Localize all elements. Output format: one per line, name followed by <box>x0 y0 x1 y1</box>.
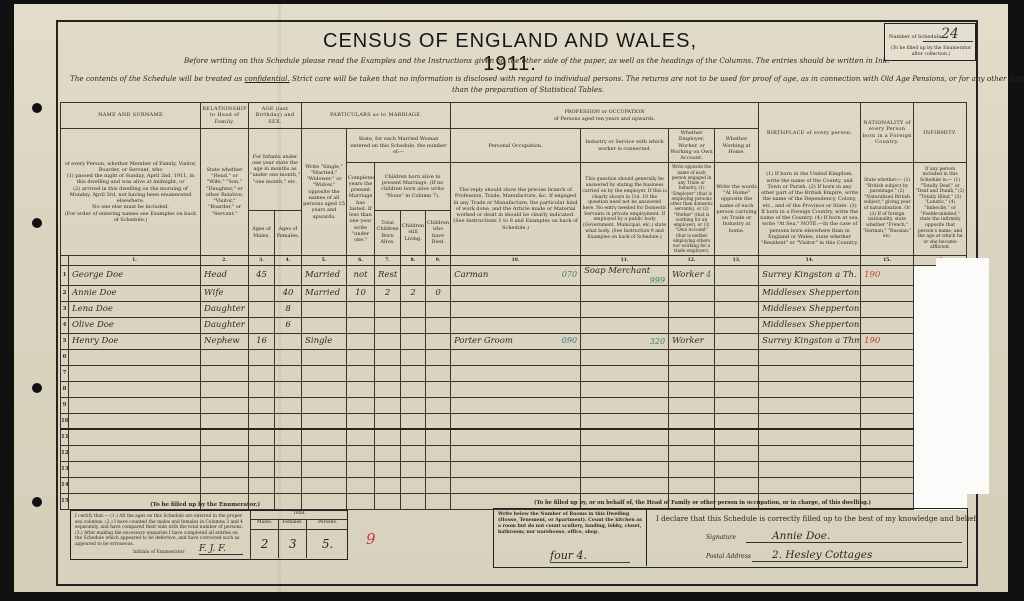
children-total-cell[interactable] <box>375 397 401 413</box>
children-died-cell[interactable] <box>426 317 451 333</box>
name-cell[interactable]: Olive Doe <box>69 317 201 333</box>
birthplace-cell[interactable] <box>759 477 861 493</box>
marital-status-cell[interactable] <box>302 493 347 509</box>
marital-status-cell[interactable] <box>302 381 347 397</box>
age-female-cell[interactable] <box>275 413 302 429</box>
age-male-cell[interactable] <box>249 301 275 317</box>
birthplace-cell[interactable] <box>759 429 861 445</box>
children-total-cell[interactable] <box>375 477 401 493</box>
industry-cell[interactable] <box>581 477 669 493</box>
relationship-cell[interactable] <box>201 461 249 477</box>
nationality-cell[interactable]: 190 <box>861 333 914 349</box>
industry-cell[interactable] <box>581 301 669 317</box>
column-number: 1. <box>69 255 201 265</box>
name-cell[interactable] <box>69 477 201 493</box>
children-living-cell[interactable] <box>401 429 426 445</box>
age-female-cell[interactable] <box>275 461 302 477</box>
page-title: CENSUS OF ENGLAND AND WALES, 1911. <box>300 30 720 76</box>
employer-status-cell[interactable] <box>669 429 715 445</box>
marriage-years-cell[interactable] <box>347 477 375 493</box>
classification-code: 999 <box>650 276 665 285</box>
enumerator-initials-label: Initials of Enumerator <box>133 550 185 555</box>
totals-subheaders: Males. Females. Persons. <box>251 520 348 530</box>
occupation-cell[interactable] <box>451 461 581 477</box>
row-number: 3 <box>61 301 69 317</box>
industry-cell[interactable] <box>581 429 669 445</box>
at-home-cell[interactable] <box>715 349 759 365</box>
at-home-desc: Write the words "At Home" opposite the n… <box>715 163 759 255</box>
females-label: Females. <box>279 520 307 529</box>
marriage-years-cell[interactable] <box>347 445 375 461</box>
employer-status-cell[interactable] <box>669 349 715 365</box>
personal-occupation-desc: The reply should show the precise branch… <box>451 163 581 255</box>
age-female-cell[interactable] <box>275 265 302 285</box>
column-number: 2. <box>201 255 249 265</box>
age-desc: For Infants under one year state the age… <box>249 129 302 211</box>
at-home-cell[interactable] <box>715 429 759 445</box>
industry-cell[interactable] <box>581 285 669 301</box>
marriage-years-cell[interactable] <box>347 461 375 477</box>
table-row: 7 <box>61 365 967 381</box>
birthplace-cell[interactable]: Middlesex Shepperton <box>759 317 861 333</box>
marital-status-cell[interactable] <box>302 397 347 413</box>
birthplace-cell[interactable]: Middlesex Shepperton <box>759 285 861 301</box>
at-home-cell[interactable] <box>715 477 759 493</box>
occupation-cell[interactable]: Porter Groom090 <box>451 333 581 349</box>
name-cell[interactable] <box>69 397 201 413</box>
relationship-cell[interactable] <box>201 413 249 429</box>
age-female-cell[interactable] <box>275 477 302 493</box>
signature-field[interactable]: Annie Doe. <box>746 530 962 543</box>
at-home-cell[interactable] <box>715 381 759 397</box>
classification-code: 320 <box>650 337 665 346</box>
name-instructions: of every Person, whether Member of Famil… <box>61 129 201 256</box>
relationship-cell[interactable] <box>201 429 249 445</box>
children-living-header: Children still Living. <box>401 210 426 255</box>
column-number: 12. <box>669 255 715 265</box>
relationship-cell[interactable] <box>201 365 249 381</box>
row-number: 10 <box>61 413 69 429</box>
marriage-years-cell[interactable] <box>347 381 375 397</box>
relationship-cell[interactable]: Head <box>201 265 249 285</box>
children-died-cell[interactable] <box>426 333 451 349</box>
header-birthplace: BIRTHPLACE of every person. <box>759 103 861 163</box>
children-died-cell[interactable] <box>426 493 451 509</box>
name-cell[interactable] <box>69 365 201 381</box>
column-number: 14. <box>759 255 861 265</box>
age-male-cell[interactable] <box>249 413 275 429</box>
table-row: 11 <box>61 429 967 445</box>
children-living-cell[interactable]: 2 <box>401 285 426 301</box>
employer-status-cell-text: Worker <box>672 336 704 346</box>
industry-cell[interactable] <box>581 317 669 333</box>
employer-status-cell[interactable] <box>669 477 715 493</box>
occupation-cell[interactable] <box>451 301 581 317</box>
children-died-cell[interactable] <box>426 265 451 285</box>
age-female-cell[interactable] <box>275 493 302 509</box>
employer-status-cell[interactable]: Worker <box>669 333 715 349</box>
at-home-cell[interactable] <box>715 317 759 333</box>
relationship-cell[interactable] <box>201 397 249 413</box>
males-total[interactable]: 2 <box>251 530 279 558</box>
marriage-years-cell[interactable] <box>347 301 375 317</box>
marital-status-cell[interactable] <box>302 461 347 477</box>
enumerator-section-title: (To be filled up by the Enumerator.) <box>150 502 260 508</box>
marital-status-cell[interactable] <box>302 445 347 461</box>
occupation-cell[interactable] <box>451 365 581 381</box>
at-home-cell[interactable] <box>715 413 759 429</box>
marriage-years-cell[interactable] <box>347 429 375 445</box>
occupation-cell[interactable] <box>451 381 581 397</box>
relationship-cell[interactable] <box>201 381 249 397</box>
confidential-notice-line2: than the preparation of Statistical Tabl… <box>452 85 604 94</box>
females-total[interactable]: 3 <box>279 530 307 558</box>
totals-values: 2 3 5. <box>251 530 348 558</box>
column-number: 15. <box>861 255 914 265</box>
children-died-cell[interactable] <box>426 365 451 381</box>
totals-header: Total. <box>251 511 348 520</box>
marital-status-cell[interactable]: Married <box>302 265 347 285</box>
confidential-notice: The contents of the Schedule will be tre… <box>70 74 1024 83</box>
occupation-cell[interactable] <box>451 285 581 301</box>
children-total-cell[interactable] <box>375 349 401 365</box>
occupation-cell[interactable] <box>451 317 581 333</box>
name-cell[interactable] <box>69 381 201 397</box>
age-male-cell[interactable]: 16 <box>249 333 275 349</box>
children-living-cell[interactable] <box>401 445 426 461</box>
birthplace-cell[interactable] <box>759 461 861 477</box>
marriage-years-cell[interactable]: not <box>347 265 375 285</box>
employer-status-cell[interactable] <box>669 461 715 477</box>
nationality-cell[interactable]: 190 <box>861 265 914 285</box>
employer-status-cell[interactable] <box>669 381 715 397</box>
signature-label: Signature <box>706 534 736 541</box>
occupation-cell-text: Porter Groom <box>454 336 513 346</box>
at-home-cell[interactable] <box>715 301 759 317</box>
marriage-years-cell[interactable] <box>347 493 375 509</box>
nationality-cell[interactable] <box>861 445 914 461</box>
header-age: AGE (last Birthday) and SEX. <box>249 103 302 129</box>
industry-cell[interactable] <box>581 349 669 365</box>
enumerator-certification-text: I certify that:— (1.) All the ages on th… <box>75 514 245 547</box>
age-male-cell[interactable] <box>249 429 275 445</box>
children-born-desc: Children born alive to present Marriage.… <box>375 163 451 210</box>
occupation-cell[interactable] <box>451 397 581 413</box>
relationship-cell[interactable]: Nephew <box>201 333 249 349</box>
employer-desc: Write opposite the name of each person e… <box>669 163 715 255</box>
industry-cell[interactable] <box>581 461 669 477</box>
children-died-cell[interactable] <box>426 413 451 429</box>
birthplace-cell[interactable]: Surrey Kingston a Th. <box>759 265 861 285</box>
children-living-cell[interactable] <box>401 461 426 477</box>
marriage-years-cell[interactable] <box>347 317 375 333</box>
age-female-cell[interactable] <box>275 429 302 445</box>
column-number: 8. <box>401 255 426 265</box>
at-home-cell[interactable] <box>715 285 759 301</box>
marriage-years-cell[interactable] <box>347 333 375 349</box>
employer-status-cell[interactable]: Worker4 <box>669 265 715 285</box>
occupation-cell[interactable] <box>451 413 581 429</box>
birthplace-cell[interactable] <box>759 397 861 413</box>
occupation-cell[interactable] <box>451 477 581 493</box>
children-living-cell[interactable] <box>401 413 426 429</box>
age-female-cell[interactable]: 6 <box>275 317 302 333</box>
row-number: 2 <box>61 285 69 301</box>
nationality-cell[interactable] <box>861 301 914 317</box>
age-male-cell[interactable] <box>249 381 275 397</box>
children-living-cell[interactable] <box>401 397 426 413</box>
name-cell[interactable]: Annie Doe <box>69 285 201 301</box>
children-living-cell[interactable] <box>401 381 426 397</box>
nationality-cell[interactable] <box>861 381 914 397</box>
children-died-cell[interactable] <box>426 349 451 365</box>
occupation-cell[interactable] <box>451 349 581 365</box>
name-cell[interactable] <box>69 445 201 461</box>
children-died-cell[interactable] <box>426 477 451 493</box>
ages-females-header: Ages of Females. <box>275 210 302 255</box>
name-cell[interactable]: Lena Doe <box>69 301 201 317</box>
age-female-cell[interactable] <box>275 349 302 365</box>
children-total-cell[interactable] <box>375 301 401 317</box>
at-home-cell[interactable] <box>715 461 759 477</box>
nationality-cell[interactable] <box>861 317 914 333</box>
industry-desc: This question should generally be answer… <box>581 163 669 255</box>
schedule-number-value[interactable]: 24 <box>941 26 959 42</box>
children-died-cell[interactable] <box>426 301 451 317</box>
marital-status-cell[interactable] <box>302 365 347 381</box>
nationality-cell[interactable] <box>861 365 914 381</box>
birthplace-cell[interactable] <box>759 365 861 381</box>
table-row: 8 <box>61 381 967 397</box>
marital-status-cell[interactable]: Married <box>302 285 347 301</box>
table-row: 9 <box>61 397 967 413</box>
postal-address-label: Postal Address <box>706 553 751 560</box>
industry-cell[interactable] <box>581 445 669 461</box>
age-female-cell[interactable] <box>275 445 302 461</box>
census-table: NAME AND SURNAME RELATIONSHIP to Head of… <box>60 102 967 510</box>
birthplace-cell[interactable]: Middlesex Shepperton <box>759 301 861 317</box>
declaration-text: I declare that this Schedule is correctl… <box>656 514 978 523</box>
age-female-cell[interactable] <box>275 333 302 349</box>
industry-cell[interactable]: Soap Merchant999 <box>581 265 669 285</box>
enumerator-certificate-box: I certify that:— (1.) All the ages on th… <box>70 510 348 560</box>
name-cell[interactable] <box>69 349 201 365</box>
nationality-cell[interactable] <box>861 285 914 301</box>
relationship-cell[interactable] <box>201 445 249 461</box>
employer-status-cell-text: Worker <box>672 270 704 280</box>
age-male-cell[interactable]: 45 <box>249 265 275 285</box>
name-cell[interactable] <box>69 461 201 477</box>
children-living-cell[interactable] <box>401 333 426 349</box>
punch-hole <box>32 497 42 507</box>
industry-cell[interactable] <box>581 381 669 397</box>
industry-cell[interactable]: 320 <box>581 333 669 349</box>
children-living-cell[interactable] <box>401 349 426 365</box>
children-died-header: Children who have Died. <box>426 210 451 255</box>
header-at-home: Whether Working at Home. <box>715 129 759 163</box>
children-total-cell[interactable] <box>375 317 401 333</box>
nationality-cell[interactable] <box>861 397 914 413</box>
employer-status-cell[interactable] <box>669 301 715 317</box>
nationality-cell[interactable] <box>861 349 914 365</box>
header-nationality: NATIONALITY of every Person born in a Fo… <box>861 103 914 163</box>
children-living-cell[interactable] <box>401 477 426 493</box>
marital-status-cell[interactable]: Single <box>302 333 347 349</box>
employer-status-cell[interactable] <box>669 445 715 461</box>
punch-hole <box>32 218 42 228</box>
children-living-cell[interactable] <box>401 365 426 381</box>
children-died-cell[interactable] <box>426 445 451 461</box>
age-female-cell[interactable] <box>275 365 302 381</box>
children-total-cell[interactable] <box>375 333 401 349</box>
relationship-cell[interactable]: Wife <box>201 285 249 301</box>
birthplace-desc: (1) If born in the United Kingdom, write… <box>759 163 861 255</box>
enumerator-initials-value[interactable]: F. J. F. <box>199 544 243 555</box>
marriage-years-cell[interactable] <box>347 413 375 429</box>
marital-status-cell[interactable] <box>302 301 347 317</box>
header-relationship: RELATIONSHIP to Head of Family. <box>201 103 249 129</box>
persons-total[interactable]: 5. <box>307 530 348 558</box>
nationality-cell[interactable] <box>861 413 914 429</box>
employer-status-cell[interactable] <box>669 397 715 413</box>
relationship-desc: State whether "Head," or "Wife," "Son," … <box>201 129 249 256</box>
schedule-number-box: Number of Schedule 24 (To be filled up b… <box>884 23 976 61</box>
relationship-cell[interactable] <box>201 349 249 365</box>
classification-code: 070 <box>562 270 577 279</box>
row-number: 6 <box>61 349 69 365</box>
children-living-cell[interactable] <box>401 493 426 509</box>
schedule-number-label: Number of Schedule <box>889 34 941 40</box>
marriage-years-cell[interactable] <box>347 349 375 365</box>
age-male-cell[interactable] <box>249 397 275 413</box>
name-cell[interactable] <box>69 413 201 429</box>
industry-cell[interactable] <box>581 413 669 429</box>
at-home-cell[interactable] <box>715 365 759 381</box>
age-male-cell[interactable] <box>249 317 275 333</box>
industry-cell-text: Soap Merchant <box>584 266 650 276</box>
rooms-instructions: Write below the Number of Rooms in this … <box>498 512 644 536</box>
employer-status-cell[interactable] <box>669 365 715 381</box>
nationality-cell[interactable] <box>861 461 914 477</box>
name-cell[interactable] <box>69 429 201 445</box>
at-home-cell[interactable] <box>715 333 759 349</box>
at-home-cell[interactable] <box>715 265 759 285</box>
children-total-cell[interactable] <box>375 429 401 445</box>
birthplace-cell[interactable] <box>759 349 861 365</box>
header-employer: Whether Employer, Worker, or Working on … <box>669 129 715 163</box>
birthplace-cell[interactable] <box>759 445 861 461</box>
children-living-cell[interactable] <box>401 317 426 333</box>
children-total-cell[interactable]: 2 <box>375 285 401 301</box>
age-female-cell[interactable]: 8 <box>275 301 302 317</box>
age-female-cell[interactable] <box>275 397 302 413</box>
employer-status-cell[interactable] <box>669 285 715 301</box>
occupation-cell[interactable]: Carman070 <box>451 265 581 285</box>
children-total-cell[interactable] <box>375 365 401 381</box>
children-total-cell[interactable] <box>375 461 401 477</box>
employer-status-cell[interactable] <box>669 413 715 429</box>
children-living-cell[interactable] <box>401 265 426 285</box>
marriage-years-cell[interactable] <box>347 365 375 381</box>
occupation-cell[interactable] <box>451 429 581 445</box>
children-total-cell[interactable] <box>375 493 401 509</box>
children-died-cell[interactable] <box>426 381 451 397</box>
nationality-cell[interactable] <box>861 429 914 445</box>
at-home-cell[interactable] <box>715 397 759 413</box>
occupation-cell-text: Carman <box>454 270 488 280</box>
header-name: NAME AND SURNAME <box>61 103 201 129</box>
children-died-cell[interactable]: 0 <box>426 285 451 301</box>
rooms-box: Write below the Number of Rooms in this … <box>494 509 647 566</box>
name-cell[interactable]: George Doe <box>69 265 201 285</box>
age-female-cell[interactable]: 40 <box>275 285 302 301</box>
nationality-desc: State whether:— (1) "British subject by … <box>861 163 914 255</box>
birthplace-cell[interactable] <box>759 381 861 397</box>
age-female-cell[interactable] <box>275 381 302 397</box>
children-total-cell[interactable]: Rest <box>375 265 401 285</box>
nationality-cell[interactable] <box>861 477 914 493</box>
table-row: 13 <box>61 461 967 477</box>
postal-address-field[interactable]: 2. Hesley Cottages <box>752 549 962 562</box>
children-died-cell[interactable] <box>426 397 451 413</box>
birthplace-cell[interactable] <box>759 413 861 429</box>
age-male-cell[interactable] <box>249 285 275 301</box>
infirmity-cell[interactable] <box>914 493 967 509</box>
marital-status-cell[interactable] <box>302 317 347 333</box>
relationship-cell[interactable]: Daughter <box>201 301 249 317</box>
children-total-cell[interactable] <box>375 445 401 461</box>
marital-status-cell[interactable] <box>302 429 347 445</box>
relationship-cell[interactable]: Daughter <box>201 317 249 333</box>
age-male-cell[interactable] <box>249 365 275 381</box>
age-male-cell[interactable] <box>249 477 275 493</box>
age-male-cell[interactable] <box>249 461 275 477</box>
employer-status-cell[interactable] <box>669 317 715 333</box>
rooms-value[interactable]: four 4. <box>550 549 630 563</box>
name-desc-2: (1) passed the night of Sunday, April 2n… <box>62 173 199 186</box>
profession-subtitle: of Persons aged ten years and upwards. <box>452 116 757 122</box>
age-male-cell[interactable] <box>249 445 275 461</box>
age-male-cell[interactable] <box>249 349 275 365</box>
children-total-cell[interactable] <box>375 381 401 397</box>
totals-box: Total. Males. Females. Persons. 2 3 5. <box>250 511 348 559</box>
header-profession: PROFESSION or OCCUPATIONof Persons aged … <box>451 103 759 129</box>
row-number: 1 <box>61 265 69 285</box>
relationship-cell[interactable] <box>201 477 249 493</box>
industry-cell[interactable] <box>581 397 669 413</box>
children-died-cell[interactable] <box>426 429 451 445</box>
children-living-cell[interactable] <box>401 301 426 317</box>
name-cell[interactable]: Henry Doe <box>69 333 201 349</box>
marital-status-cell[interactable] <box>302 349 347 365</box>
industry-cell[interactable] <box>581 365 669 381</box>
redacted-infirmity-column <box>936 258 989 494</box>
marriage-years-cell[interactable]: 10 <box>347 285 375 301</box>
name-desc-3: (2) arrived in this dwelling on the morn… <box>62 186 199 205</box>
children-died-cell[interactable] <box>426 461 451 477</box>
header-infirmity: INFIRMITY. <box>914 103 967 163</box>
marital-status-cell[interactable] <box>302 477 347 493</box>
row-number: 14 <box>61 477 69 493</box>
children-total-cell[interactable] <box>375 413 401 429</box>
birthplace-cell[interactable]: Surrey Kingston a Thm <box>759 333 861 349</box>
marital-status-cell[interactable] <box>302 413 347 429</box>
row-number: 5 <box>61 333 69 349</box>
at-home-cell[interactable] <box>715 445 759 461</box>
table-row: 12 <box>61 445 967 461</box>
marriage-years-cell[interactable] <box>347 397 375 413</box>
occupation-cell[interactable] <box>451 445 581 461</box>
